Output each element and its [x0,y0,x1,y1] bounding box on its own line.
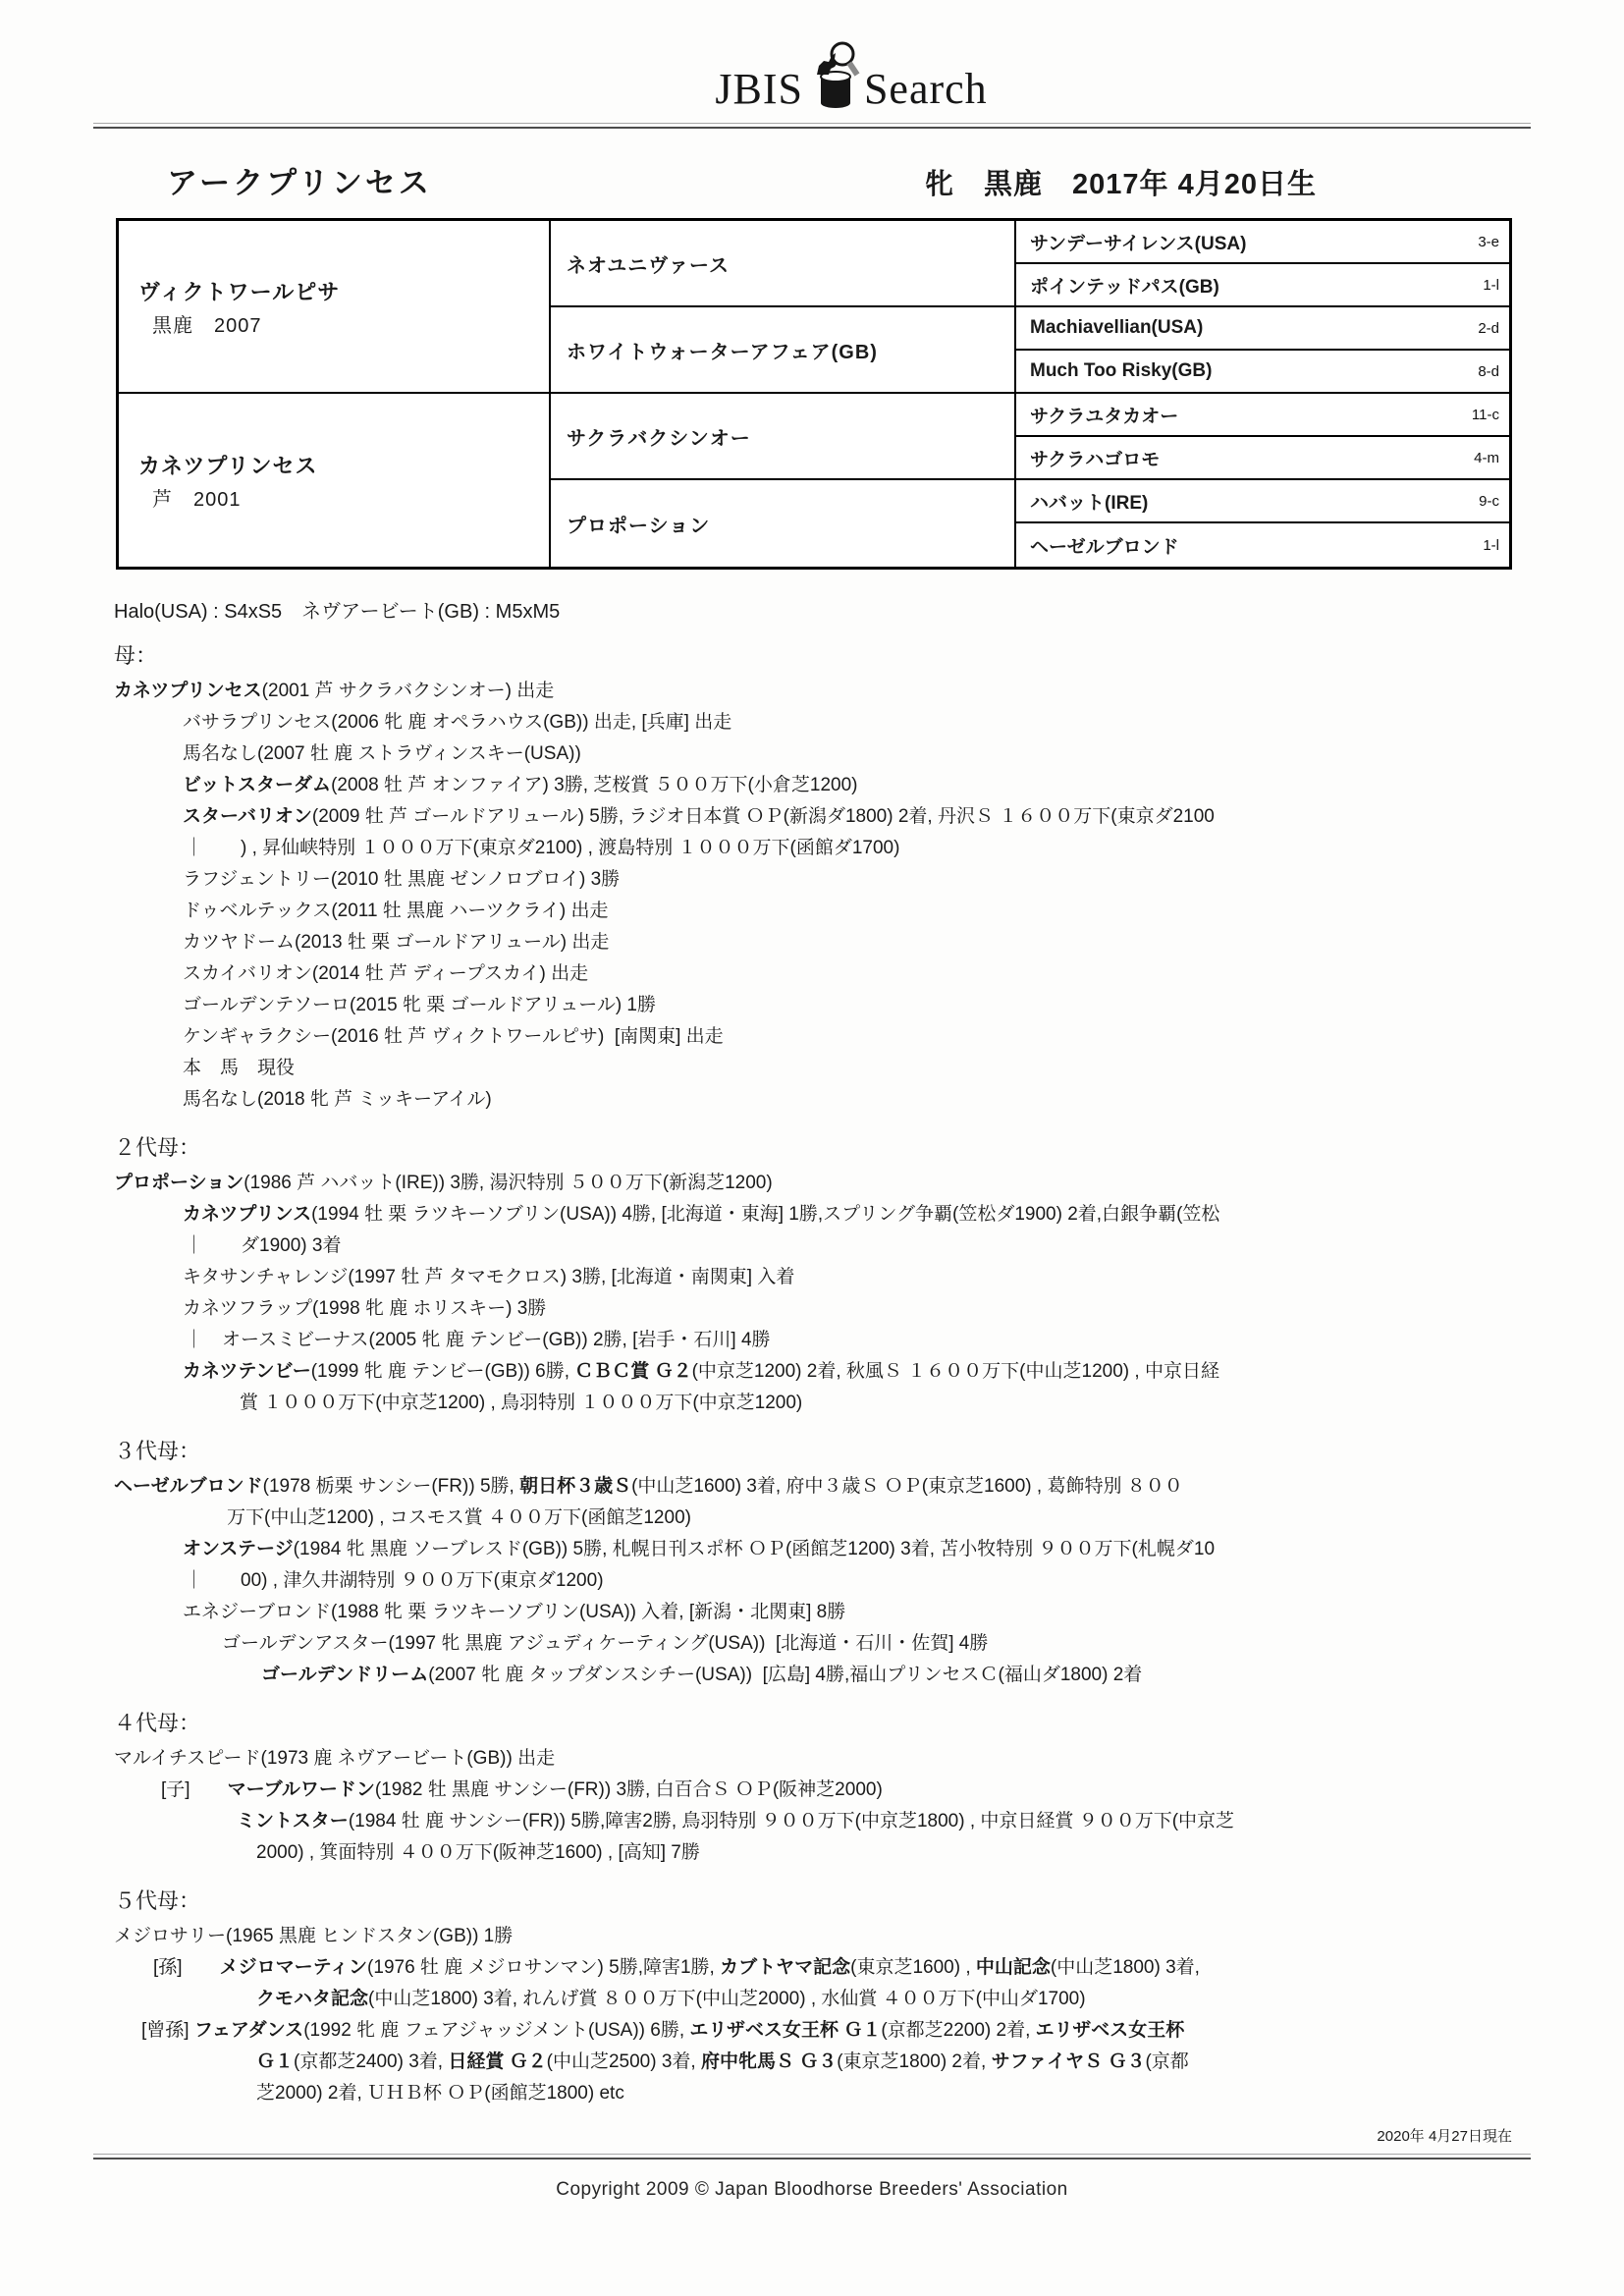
great-grandparent-row: Machiavellian(USA) 2-d [1016,307,1509,351]
pedigree-line: 賞 １０００万下(中京芝1200) , 鳥羽特別 １０００万下(中京芝1200) [114,1388,1512,1419]
footer-rule [93,2154,1531,2159]
page-title-horse-name: アークプリンセス [113,158,432,202]
sire-name: ヴィクトワールピサ [138,276,549,306]
pedigree-line: 万下(中山芝1200) , コスモス賞 ４００万下(函館芝1200) [114,1503,1512,1534]
dam-detail: 芦 2001 [138,483,549,512]
family-number: 4-m [1474,450,1499,466]
section-heading: ２代母： [114,1131,1512,1162]
pedigree-line: ゴールデンドリーム(2007 牝 鹿 タップダンスシチー(USA)) [広島] … [114,1660,1512,1691]
family-number: 1-l [1483,537,1499,554]
section-heading: 母： [114,639,1512,670]
pedigree-line: キタサンチャレンジ(1997 牡 芦 タマモクロス) 3勝, [北海道・南関東]… [114,1262,1512,1293]
pedigree-line: ミントスター(1984 牡 鹿 サンシー(FR)) 5勝,障害2勝, 鳥羽特別 … [114,1806,1512,1837]
ggp-name: ヘーゼルブロンド [1030,532,1179,559]
pedigree-line: カネツプリンセス(2001 芦 サクラバクシンオー) 出走 [114,676,1512,707]
pedigree-line: ゴールデンアスター(1997 牝 黒鹿 アジュディケーティング(USA)) [北… [114,1628,1512,1660]
logo-search-text: Search [864,68,988,111]
pedigree-line: マルイチスピード(1973 鹿 ネヴアービート(GB)) 出走 [114,1743,1512,1775]
sire-detail: 黒鹿 2007 [138,309,549,338]
ggp-name: Much Too Risky(GB) [1030,360,1212,382]
pedigree-line: カネツテンビー(1999 牝 鹿 テンビー(GB)) 6勝, ＣＢＣ賞 Ｇ２(中… [114,1356,1512,1388]
pedigree-table: ヴィクトワールピサ 黒鹿 2007 ネオユニヴァース ホワイトウォーターアフェア… [116,218,1512,570]
pedigree-line: ヘーゼルブロンド(1978 栃栗 サンシー(FR)) 5勝, 朝日杯３歳Ｓ(中山… [114,1471,1512,1503]
as-of-date: 2020年 4月27日現在 [0,2125,1512,2146]
ggp-name: サンデーサイレンス(USA) [1030,229,1246,255]
sex-color-birthdate: 牝 黒鹿 2017年 4月20日生 [925,162,1317,202]
pedigree-line: ケンギャラクシー(2016 牡 芦 ヴィクトワールピサ) [南関東] 出走 [114,1021,1512,1053]
ggp-name: ハバット(IRE) [1030,488,1148,515]
copyright-notice: Copyright 2009 © Japan Bloodhorse Breede… [0,2179,1624,2201]
pedigree-line: 2000) , 箕面特別 ４００万下(阪神芝1600) , [高知] 7勝 [114,1837,1512,1869]
pedigree-line: ｜ ダ1900) 3着 [114,1230,1512,1262]
ggp-name: サクラハゴロモ [1030,445,1160,471]
header-rule [93,123,1531,129]
pedigree-line: メジロサリー(1965 黒鹿 ヒンドスタン(GB)) 1勝 [114,1921,1512,1952]
great-grandparent-row: ハバット(IRE) 9-c [1016,480,1509,523]
grandsire-maternal: サクラバクシンオー [551,394,1016,480]
pedigree-line: ビットスターダム(2008 牡 芦 オンファイア) 3勝, 芝桜賞 ５００万下(… [114,770,1512,801]
pedigree-line: バサラプリンセス(2006 牝 鹿 オペラハウス(GB)) 出走, [兵庫] 出… [114,707,1512,738]
section-heading: ５代母： [114,1885,1512,1915]
pedigree-line: 馬名なし(2007 牡 鹿 ストラヴィンスキー(USA)) [114,738,1512,770]
dam-cell: カネツプリンセス 芦 2001 [119,394,551,567]
title-row: アークプリンセス 牝 黒鹿 2017年 4月20日生 [113,158,1511,202]
sire-cell: ヴィクトワールピサ 黒鹿 2007 [119,221,551,394]
dam-name: カネツプリンセス [138,450,549,480]
pedigree-line: カツヤドーム(2013 牡 栗 ゴールドアリュール) 出走 [114,927,1512,958]
pedigree-line: クモハタ記念(中山芝1800) 3着, れんげ賞 ８００万下(中山芝2000) … [114,1984,1512,2015]
ggp-name: サクラユタカオー [1030,402,1178,428]
jbis-search-logo: JBIS Search [79,0,1624,111]
ggp-name: Machiavellian(USA) [1030,317,1203,339]
pedigree-line: スカイバリオン(2014 牡 芦 ディープスカイ) 出走 [114,958,1512,990]
section-heading: ４代母： [114,1707,1512,1737]
pedigree-line: 芝2000) 2着, ＵＨＢ杯 ＯＰ(函館芝1800) etc [114,2078,1512,2109]
pedigree-line: ラフジェントリー(2010 牡 黒鹿 ゼンノロブロイ) 3勝 [114,864,1512,896]
great-grandparent-row: サンデーサイレンス(USA) 3-e [1016,221,1509,264]
pedigree-line: プロポーション(1986 芦 ハバット(IRE)) 3勝, 湯沢特別 ５００万下… [114,1168,1512,1199]
family-number: 9-c [1479,493,1499,510]
great-grandparent-row: サクラハゴロモ 4-m [1016,437,1509,480]
pedigree-line: 馬名なし(2018 牝 芦 ミッキーアイル) [114,1084,1512,1116]
grandsire-paternal: ネオユニヴァース [551,221,1016,307]
family-number: 8-d [1478,363,1499,380]
family-number: 11-c [1472,407,1499,423]
great-grandparent-row: ポインテッドパス(GB) 1-l [1016,264,1509,307]
great-grandparent-row: サクラユタカオー 11-c [1016,394,1509,437]
family-number: 2-d [1478,320,1499,337]
pedigree-line: カネツプリンス(1994 牡 栗 ラツキーソブリン(USA)) 4勝, [北海道… [114,1199,1512,1230]
great-grandparent-row: Much Too Risky(GB) 8-d [1016,351,1509,394]
pedigree-line: スターバリオン(2009 牡 芦 ゴールドアリュール) 5勝, ラジオ日本賞 Ｏ… [114,801,1512,833]
pedigree-line: [孫] メジロマーティン(1976 牡 鹿 メジロサンマン) 5勝,障害1勝, … [114,1952,1512,1984]
pedigree-line: オンステージ(1984 牝 黒鹿 ソーブレスド(GB)) 5勝, 札幌日刊スポ杯… [114,1534,1512,1565]
great-grandparent-row: ヘーゼルブロンド 1-l [1016,523,1509,567]
pedigree-line: ｜ ) , 昇仙峡特別 １０００万下(東京ダ2100) , 渡島特別 １０００万… [114,833,1512,864]
logo-jbis-text: JBIS [715,68,803,111]
pedigree-line: Ｇ１(京都芝2400) 3着, 日経賞 Ｇ２(中山芝2500) 3着, 府中牝馬… [114,2047,1512,2078]
pedigree-line: [子] マーブルワードン(1982 牡 黒鹿 サンシー(FR)) 3勝, 白百合… [114,1775,1512,1806]
inbreeding-line: Halo(USA) : S4xS5 ネヴアービート(GB) : M5xM5 [114,595,1512,624]
ggp-name: ポインテッドパス(GB) [1030,272,1219,299]
pedigree-line: ｜ オースミビーナス(2005 牝 鹿 テンビー(GB)) 2勝, [岩手・石川… [114,1325,1512,1356]
pedigree-line: ゴールデンテソーロ(2015 牝 栗 ゴールドアリュール) 1勝 [114,990,1512,1021]
pedigree-line: カネツフラップ(1998 牝 鹿 ホリスキー) 3勝 [114,1293,1512,1325]
jbis-logo-icon [805,39,862,115]
family-number: 3-e [1478,234,1499,250]
pedigree-line: [曾孫] フェアダンス(1992 牝 鹿 フェアジャッジメント(USA)) 6勝… [114,2015,1512,2047]
family-number: 1-l [1483,277,1499,294]
granddam-maternal: プロポーション [551,480,1016,567]
pedigree-line: ｜ 00) , 津久井湖特別 ９００万下(東京ダ1200) [114,1565,1512,1597]
granddam-paternal: ホワイトウォーターアフェア(GB) [551,307,1016,394]
section-heading: ３代母： [114,1435,1512,1465]
pedigree-line: エネジーブロンド(1988 牝 栗 ラツキーソブリン(USA)) 入着, [新潟… [114,1597,1512,1628]
pedigree-line: ドゥベルテックス(2011 牡 黒鹿 ハーツクライ) 出走 [114,896,1512,927]
family-sections: 母：カネツプリンセス(2001 芦 サクラバクシンオー) 出走バサラプリンセス(… [114,639,1512,2109]
pedigree-line: 本 馬 現役 [114,1053,1512,1084]
